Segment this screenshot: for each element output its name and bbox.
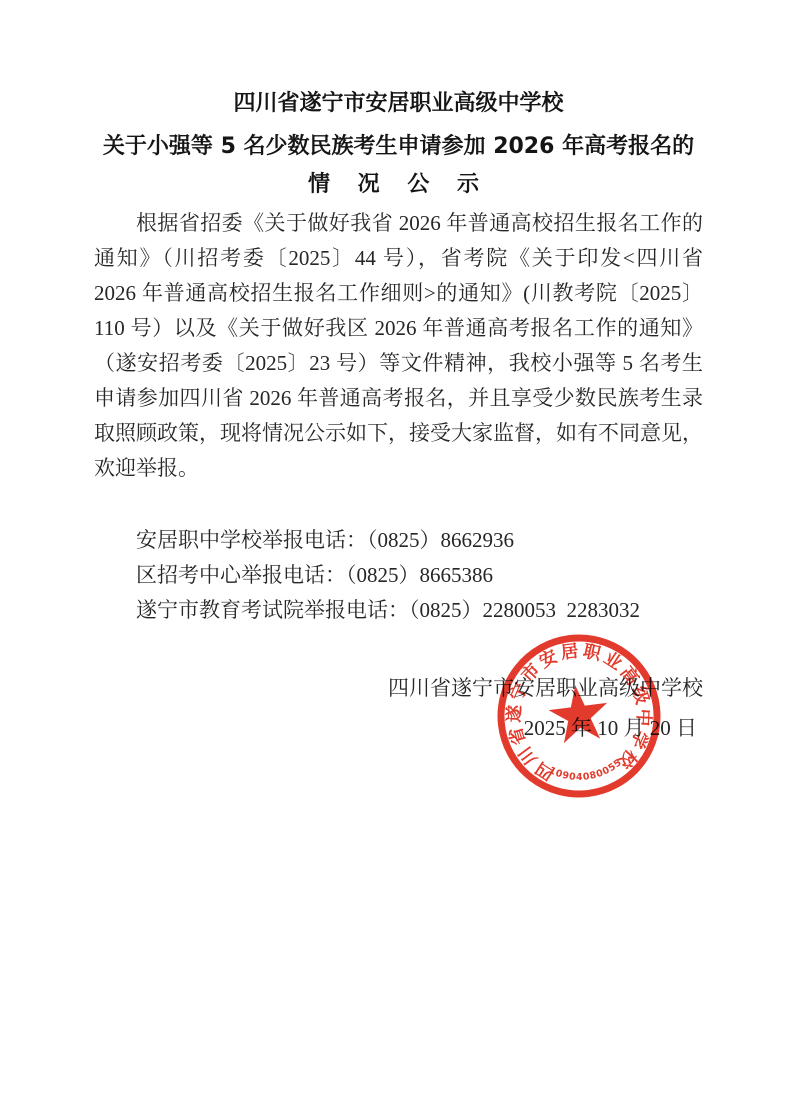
hotline-city-exam-institute: 遂宁市教育考试院举报电话：（0825）2280053 2283032: [94, 593, 703, 628]
document-title-school: 四川省遂宁市安居职业高级中学校: [94, 88, 703, 120]
signature-block: 四川省遂宁市安居职业高级中学校 2025 年 10 月 20 日: [94, 671, 703, 746]
hotline-school: 安居职中学校举报电话：（0825）8662936: [94, 523, 703, 558]
signature-date: 2025 年 10 月 20 日: [94, 711, 703, 746]
hotline-district-admissions: 区招考中心举报电话：（0825）8665386: [94, 558, 703, 593]
document-title-subject: 关于小强等 5 名少数民族考生申请参加 2026 年高考报名的: [94, 131, 703, 163]
document-title-notice-type: 情 况 公 示: [94, 169, 703, 201]
signature-organization: 四川省遂宁市安居职业高级中学校: [94, 671, 703, 706]
report-hotlines-block: 安居职中学校举报电话：（0825）8662936 区招考中心举报电话：（0825…: [94, 523, 703, 628]
notice-document-page: 四川省遂宁市安居职业高级中学校 关于小强等 5 名少数民族考生申请参加 2026…: [0, 0, 794, 1108]
notice-body-paragraph: 根据省招委《关于做好我省 2026 年普通高校招生报名工作的通知》（川招考委〔2…: [94, 206, 703, 486]
